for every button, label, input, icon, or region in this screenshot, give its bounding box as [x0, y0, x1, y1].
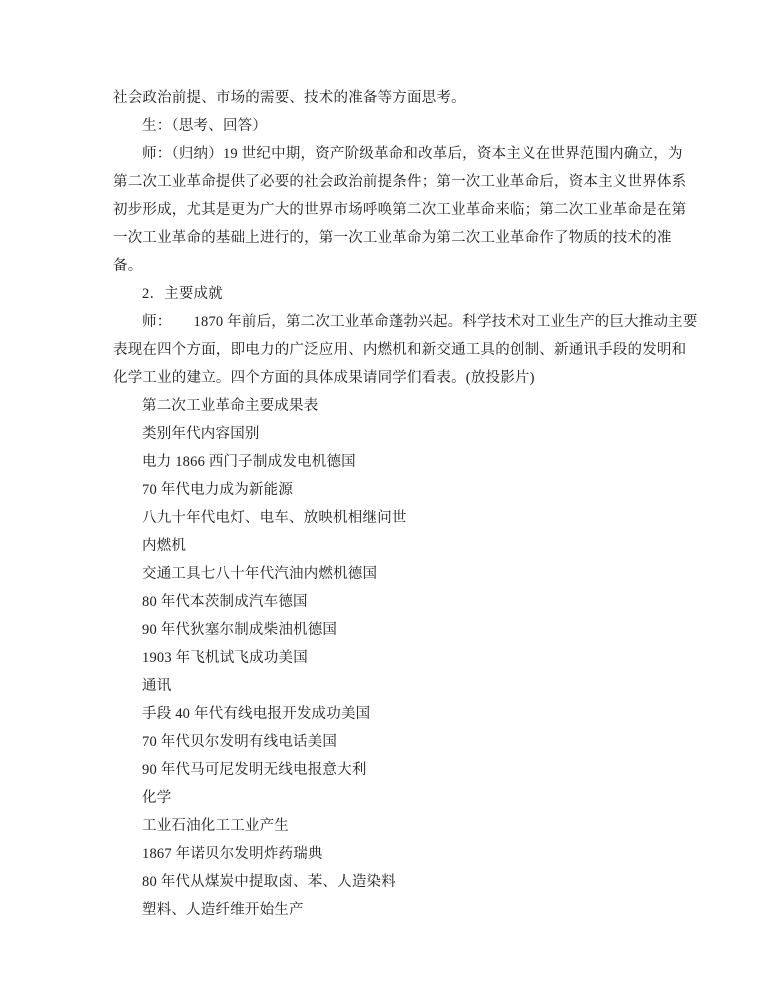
text-line: 90 年代马可尼发明无线电报意大利: [113, 756, 659, 784]
text-line: 手段 40 年代有线电报开发成功美国: [113, 700, 659, 728]
text-line: 备。: [113, 252, 659, 280]
text-line: 2．主要成就: [113, 280, 659, 308]
text-line: 初步形成，尤其是更为广大的世界市场呼唤第二次工业革命来临；第二次工业革命是在第: [113, 196, 659, 224]
text-line: 1867 年诺贝尔发明炸药瑞典: [113, 840, 659, 868]
text-line: 通讯: [113, 672, 659, 700]
document-content: 社会政治前提、市场的需要、技术的准备等方面思考。生：（思考、回答）师：（归纳）1…: [113, 84, 659, 924]
text-line: 化学: [113, 784, 659, 812]
text-line: 90 年代狄塞尔制成柴油机德国: [113, 616, 659, 644]
text-line: 第二次工业革命主要成果表: [113, 392, 659, 420]
text-line: 1903 年飞机试飞成功美国: [113, 644, 659, 672]
text-line: 80 年代本茨制成汽车德国: [113, 588, 659, 616]
text-line: 生：（思考、回答）: [113, 112, 659, 140]
text-line: 工业石油化工工业产生: [113, 812, 659, 840]
text-line: 八九十年代电灯、电车、放映机相继问世: [113, 504, 659, 532]
text-line: 80 年代从煤炭中提取卤、苯、人造染料: [113, 868, 659, 896]
text-line: 电力 1866 西门子制成发电机德国: [113, 448, 659, 476]
text-line: 交通工具七八十年代汽油内燃机德国: [113, 560, 659, 588]
text-line: 一次工业革命的基础上进行的，第一次工业革命为第二次工业革命作了物质的技术的准: [113, 224, 659, 252]
text-line: 化学工业的建立。四个方面的具体成果请同学们看表。(放投影片): [113, 364, 659, 392]
text-line: 第二次工业革命提供了必要的社会政治前提条件；第一次工业革命后，资本主义世界体系: [113, 168, 659, 196]
text-line: 表现在四个方面，即电力的广泛应用、内燃机和新交通工具的创制、新通讯手段的发明和: [113, 336, 659, 364]
text-line: 内燃机: [113, 532, 659, 560]
text-line: 70 年代电力成为新能源: [113, 476, 659, 504]
text-line: 社会政治前提、市场的需要、技术的准备等方面思考。: [113, 84, 659, 112]
text-line: 类别年代内容国别: [113, 420, 659, 448]
text-line: 塑料、人造纤维开始生产: [113, 896, 659, 924]
text-line: 师： 1870 年前后，第二次工业革命蓬勃兴起。科学技术对工业生产的巨大推动主要: [113, 308, 659, 336]
text-line: 师：（归纳）19 世纪中期，资产阶级革命和改革后，资本主义在世界范围内确立，为: [113, 140, 659, 168]
document-page: 社会政治前提、市场的需要、技术的准备等方面思考。生：（思考、回答）师：（归纳）1…: [0, 0, 770, 1000]
text-line: 70 年代贝尔发明有线电话美国: [113, 728, 659, 756]
